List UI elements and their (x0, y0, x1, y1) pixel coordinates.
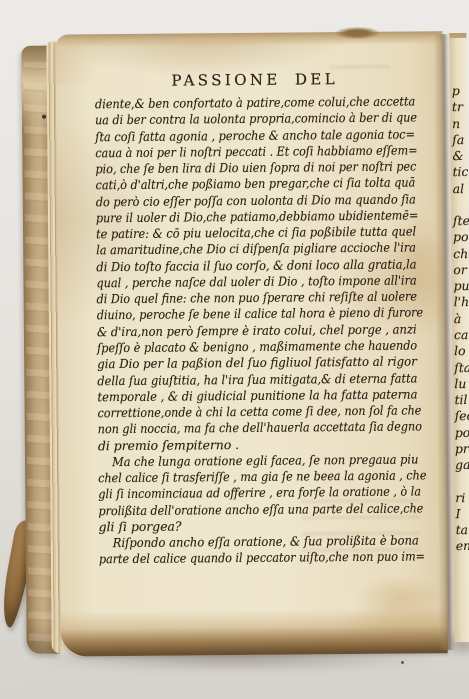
text-fragment: lu (454, 376, 469, 393)
text-fragment: po (453, 229, 469, 246)
text-fragment: tr (452, 99, 469, 116)
text-fragment: à (454, 311, 469, 328)
running-header: PASSIONE DEL (95, 69, 415, 90)
open-book: PASSIONE DEL diente,& ben confortato à p… (0, 0, 469, 699)
text-fragment: pr (455, 441, 469, 458)
body-text-lines: diente,& ben confortato à patire,come co… (95, 93, 419, 567)
text-fragment: ri (455, 490, 469, 507)
text-fragment: ga (455, 457, 469, 474)
text-fragment: ta (456, 522, 469, 539)
text-fragment: n (452, 115, 469, 132)
text-fragment: pu (453, 278, 469, 295)
text-fragment: l'h (454, 294, 469, 311)
text-fragment: ch (453, 246, 469, 263)
text-fragment: ſte (453, 213, 469, 230)
text-fragment (455, 473, 469, 490)
text-fragment: til (454, 392, 469, 409)
text-fragment: ca (454, 327, 469, 344)
text-fragment: en (456, 538, 469, 555)
text-fragment: ſta (454, 359, 469, 376)
text-fragment: ſec (455, 408, 469, 425)
text-fragment: lo (454, 343, 469, 360)
photo-backdrop: PASSIONE DEL diente,& ben confortato à p… (0, 0, 469, 699)
dust-speck (401, 661, 404, 664)
text-fragment: p (452, 83, 469, 100)
text-fragment: I (455, 506, 469, 523)
facing-page-text-fragments: ptrnſa&ticalſtepochorpul'hàcaloſtalutilſ… (452, 83, 469, 555)
text-fragment: & (452, 148, 469, 165)
dust-speck (12, 572, 14, 574)
text-fragment: tic (452, 164, 469, 181)
text-line: parte del calice quando il peccator uiſt… (99, 549, 419, 568)
text-fragment: ſa (452, 132, 469, 149)
text-fragment: or (453, 262, 469, 279)
page-bottom-edge (60, 608, 447, 656)
dust-speck (42, 115, 46, 119)
text-fragment: al (453, 180, 469, 197)
text-fragment: po (455, 424, 469, 441)
text-fragment (453, 197, 469, 214)
printed-text-block: PASSIONE DEL diente,& ben confortato à p… (95, 69, 419, 567)
